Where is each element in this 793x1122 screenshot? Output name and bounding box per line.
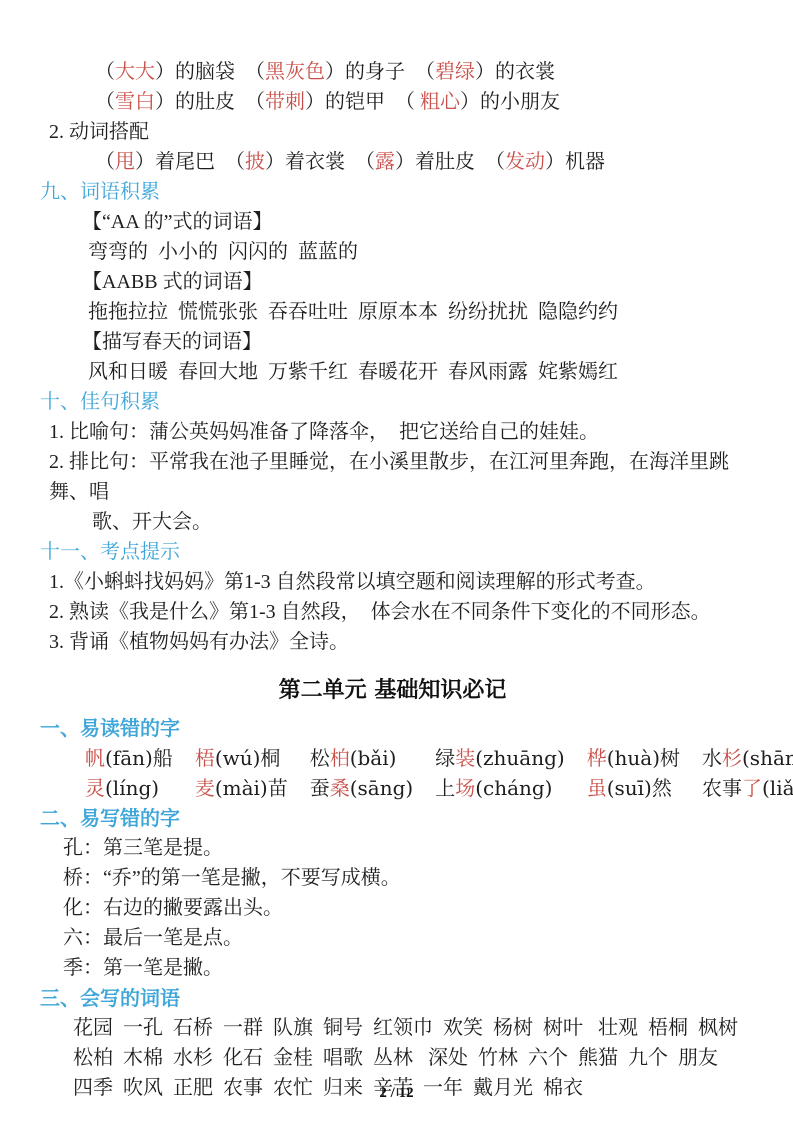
word-group-words: 拖拖拉拉 慌慌张张 吞吞吐吐 原原本本 纷纷扰扰 隐隐约约 xyxy=(40,297,745,327)
highlight-char: 桑 xyxy=(330,776,350,800)
numbered-item: 2. 排比句：平常我在池子里睡觉，在小溪里散步，在江河里奔跑，在海洋里跳舞、唱 xyxy=(40,447,745,507)
text-run: (cháng) xyxy=(475,776,552,800)
section-heading-miswrite: 二、易写错的字 xyxy=(40,803,745,833)
text-run: (bǎi) xyxy=(350,746,397,770)
highlight-char: 梧 xyxy=(195,746,215,770)
section-heading-9: 九、词语积累 xyxy=(40,177,745,207)
highlight-char: 甩 xyxy=(115,151,135,173)
pinyin-entry: 梧(wú)桐 xyxy=(195,743,288,773)
text-run: (wú)桐 xyxy=(215,746,281,770)
stroke-tip: 季：第一笔是撇。 xyxy=(40,953,745,983)
numbered-item: 3. 背诵《植物妈妈有办法》全诗。 xyxy=(40,627,745,657)
text-run: ）的小朋友 xyxy=(460,91,560,113)
highlight-char: 帆 xyxy=(85,746,105,770)
highlight-char: 黑灰色 xyxy=(265,61,325,83)
text-run: ）着肚皮 （ xyxy=(395,151,505,173)
document-page: （大大）的脑袋 （黑灰色）的身子 （碧绿）的衣裳 （雪白）的肚皮 （带刺）的铠甲… xyxy=(0,0,793,1122)
highlight-char: 雪白 xyxy=(115,91,155,113)
pinyin-entry: 麦(mài)苗 xyxy=(195,773,288,803)
text-run: 松 xyxy=(310,746,330,770)
highlight-char: 灵 xyxy=(85,776,105,800)
word-list-line: 花园 一孔 石桥 一群 队旗 铜号 红领巾 欢笑 杨树 树叶 壮观 梧桐 枫树 xyxy=(40,1013,745,1043)
highlight-char: 发动 xyxy=(505,151,545,173)
pinyin-entry: 灵(líng) xyxy=(85,773,173,803)
text-run: ）机器 xyxy=(545,151,605,173)
text-run: （ xyxy=(95,151,115,173)
text-run: (sāng) xyxy=(350,776,413,800)
section-heading-10: 十、佳句积累 xyxy=(40,387,745,417)
text-run: 蚕 xyxy=(310,776,330,800)
stroke-tip: 六：最后一笔是点。 xyxy=(40,923,745,953)
text-run: 农事 xyxy=(702,776,742,800)
unit-title: 第二单元 基础知识必记 xyxy=(40,675,745,707)
text-run: （ xyxy=(95,61,115,83)
text-run: (líng) xyxy=(105,776,159,800)
highlight-char: 场 xyxy=(455,776,475,800)
text-run: ）的身子 （ xyxy=(325,61,435,83)
fill-blank-line: （雪白）的肚皮 （带刺）的铠甲 （ 粗心）的小朋友 xyxy=(40,87,745,117)
text-run: ）的肚皮 （ xyxy=(155,91,265,113)
pinyin-entry: 上场(cháng) xyxy=(435,773,565,803)
section-heading-11: 十一、考点提示 xyxy=(40,537,745,567)
highlight-char: 披 xyxy=(245,151,265,173)
stroke-tip: 孔：第三笔是提。 xyxy=(40,833,745,863)
text-run: ）的铠甲 （ xyxy=(305,91,420,113)
text-run: （ xyxy=(95,91,115,113)
pinyin-entry: 农事了(liǎo) xyxy=(702,773,793,803)
text-run: 上 xyxy=(435,776,455,800)
word-list-line: 松柏 木棉 水杉 化石 金桂 唱歌 丛林 深处 竹林 六个 熊猫 九个 朋友 xyxy=(40,1043,745,1073)
numbered-item-continuation: 歌、开大会。 xyxy=(40,507,745,537)
text-run: (liǎo) xyxy=(762,776,793,800)
highlight-char: 杉 xyxy=(722,746,742,770)
text-run: (zhuāng) xyxy=(475,746,565,770)
text-run: ）着衣裳 （ xyxy=(265,151,375,173)
fill-blank-line: （甩）着尾巴 （披）着衣裳 （露）着肚皮 （发动）机器 xyxy=(40,147,745,177)
text-run: (suī)然 xyxy=(607,776,672,800)
text-run: ）的脑袋 （ xyxy=(155,61,265,83)
text-run: 绿 xyxy=(435,746,455,770)
word-group-header: 【描写春天的词语】 xyxy=(40,327,745,357)
highlight-char: 虽 xyxy=(587,776,607,800)
pinyin-entry: 虽(suī)然 xyxy=(587,773,680,803)
numbered-item: 1.《小蝌蚪找妈妈》第1-3 自然段常以填空题和阅读理解的形式考查。 xyxy=(40,567,745,597)
stroke-tip: 化：右边的撇要露出头。 xyxy=(40,893,745,923)
text-run: (fān)船 xyxy=(105,746,173,770)
pinyin-entry: 绿装(zhuāng) xyxy=(435,743,565,773)
numbered-item: 2. 动词搭配 xyxy=(40,117,745,147)
word-group-header: 【AABB 式的词语】 xyxy=(40,267,745,297)
text-run: (shān)百 xyxy=(742,746,793,770)
numbered-item: 1. 比喻句：蒲公英妈妈准备了降落伞， 把它送给自己的娃娃。 xyxy=(40,417,745,447)
text-run: 水 xyxy=(702,746,722,770)
word-group-words: 风和日暖 春回大地 万紫千红 春暖花开 春风雨露 姹紫嫣红 xyxy=(40,357,745,387)
pinyin-entry: 蚕桑(sāng) xyxy=(310,773,413,803)
highlight-char: 粗心 xyxy=(420,91,460,113)
fill-blank-line: （大大）的脑袋 （黑灰色）的身子 （碧绿）的衣裳 xyxy=(40,57,745,87)
highlight-char: 装 xyxy=(455,746,475,770)
pinyin-table: 帆(fān)船 梧(wú)桐 松柏(bǎi) 绿装(zhuāng) 桦(huà)… xyxy=(85,743,745,803)
pinyin-entry: 桦(huà)树 xyxy=(587,743,680,773)
pinyin-entry: 水杉(shān)百 xyxy=(702,743,793,773)
highlight-char: 带刺 xyxy=(265,91,305,113)
text-run: (huà)树 xyxy=(607,746,680,770)
numbered-item: 2. 熟读《我是什么》第1-3 自然段， 体会水在不同条件下变化的不同形态。 xyxy=(40,597,745,627)
section-heading-words: 三、会写的词语 xyxy=(40,983,745,1013)
text-run: ）的衣裳 xyxy=(475,61,555,83)
highlight-char: 露 xyxy=(375,151,395,173)
highlight-char: 了 xyxy=(742,776,762,800)
section-heading-misread: 一、易读错的字 xyxy=(40,713,745,743)
pinyin-entry: 松柏(bǎi) xyxy=(310,743,413,773)
stroke-tip: 桥：“乔”的第一笔是撇，不要写成横。 xyxy=(40,863,745,893)
pinyin-entry: 帆(fān)船 xyxy=(85,743,173,773)
highlight-char: 桦 xyxy=(587,746,607,770)
highlight-char: 麦 xyxy=(195,776,215,800)
text-run: (mài)苗 xyxy=(215,776,288,800)
highlight-char: 碧绿 xyxy=(435,61,475,83)
highlight-char: 柏 xyxy=(330,746,350,770)
highlight-char: 大大 xyxy=(115,61,155,83)
word-group-header: 【“AA 的”式的词语】 xyxy=(40,207,745,237)
page-number: 2 / 12 xyxy=(0,1085,793,1102)
text-run: ）着尾巴 （ xyxy=(135,151,245,173)
word-group-words: 弯弯的 小小的 闪闪的 蓝蓝的 xyxy=(40,237,745,267)
